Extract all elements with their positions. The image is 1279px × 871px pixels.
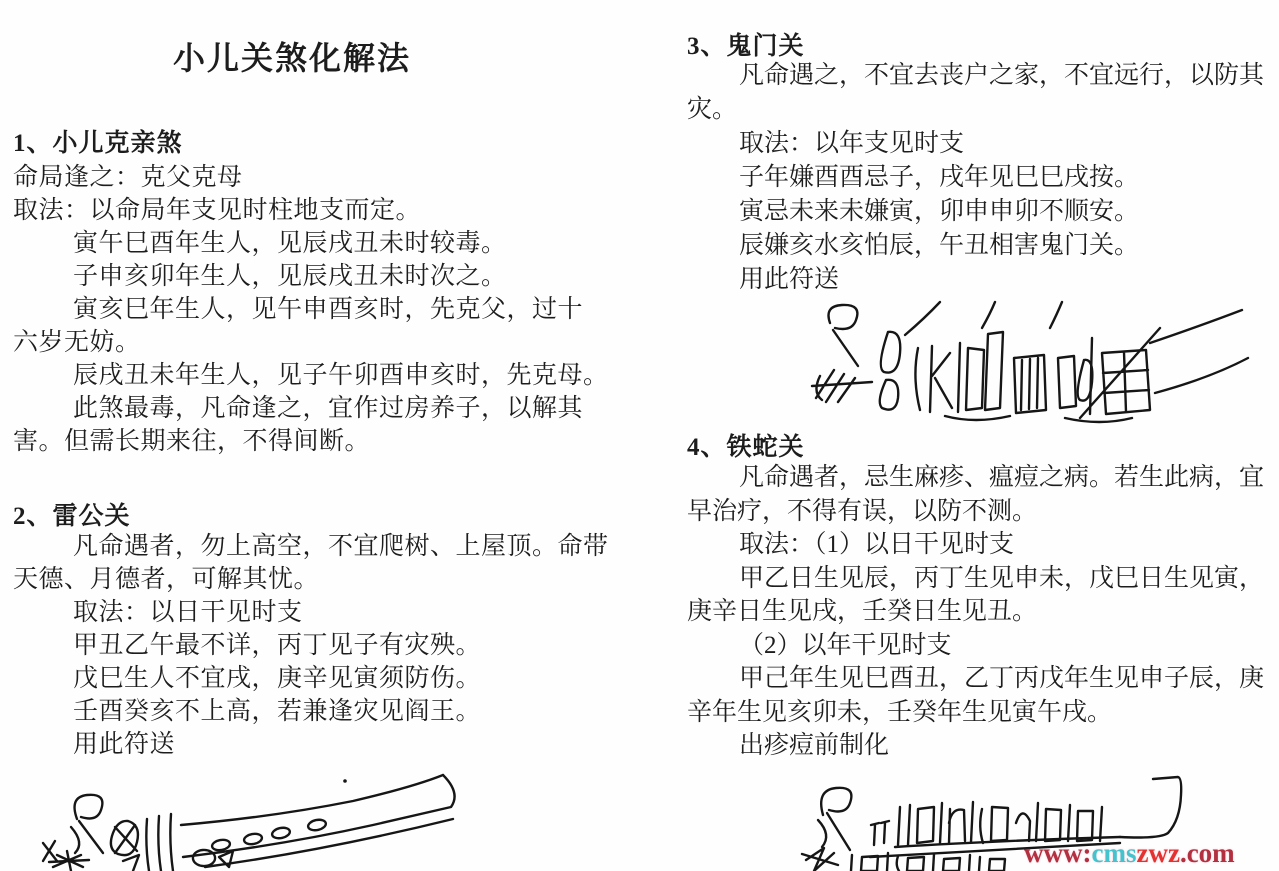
text-line: 天德、月德者，可解其忧。 <box>13 563 625 596</box>
text-line: 灾。 <box>687 93 1279 127</box>
text-line: 六岁无妨。 <box>13 326 625 359</box>
section-heading-1: 1、小儿克亲煞 <box>13 123 183 159</box>
text-line: （2）以年干见时支 <box>687 629 1279 663</box>
section-1-body: 命局逢之：克父克母 取法：以命局年支见时柱地支而定。 寅午巳酉年生人，见辰戌丑未… <box>13 161 625 458</box>
text-line: 甲乙日生见辰，丙丁生见申未，戊巳日生见寅， <box>687 562 1279 596</box>
section-heading-2: 2、雷公关 <box>13 496 131 532</box>
watermark: www:cmszwz.com <box>1024 838 1235 869</box>
text-line: 取法：以日干见时支 <box>13 596 625 629</box>
text-line: 取法：以年支见时支 <box>687 127 1279 161</box>
text-line: 出疹痘前制化 <box>687 729 1279 763</box>
text-line: 子年嫌酉酉忌子，戌年见巳巳戌按。 <box>687 161 1279 195</box>
text-line: 取法：（1）以日干见时支 <box>687 528 1279 562</box>
text-line: 辛年生见亥卯未，壬癸年生见寅午戌。 <box>687 696 1279 730</box>
watermark-cms: cms <box>1092 838 1137 868</box>
section-heading-4: 4、铁蛇关 <box>687 427 805 463</box>
watermark-prefix: www: <box>1024 838 1092 868</box>
text-line: 壬酉癸亥不上高，若兼逢灾见阎王。 <box>13 695 625 728</box>
text-line: 甲丑乙午最不详，丙丁见子有灾殃。 <box>13 629 625 662</box>
text-line: 命局逢之：克父克母 <box>13 161 625 194</box>
scanned-document-page: 小儿关煞化解法 1、小儿克亲煞 命局逢之：克父克母 取法：以命局年支见时柱地支而… <box>0 0 1279 871</box>
text-line: 寅忌未来未嫌寅，卯申申卯不顺安。 <box>687 195 1279 229</box>
section-2-body: 凡命遇者，勿上高空，不宜爬树、上屋顶。命带 天德、月德者，可解其忧。 取法：以日… <box>13 530 625 761</box>
watermark-suffix: .com <box>1180 838 1235 868</box>
section-4-body: 凡命遇者，忌生麻疹、瘟痘之病。若生此病，宜 早治疗，不得有误，以防不测。 取法：… <box>687 461 1279 763</box>
watermark-zwz: zwz <box>1136 838 1179 868</box>
talisman-guimen-icon <box>810 298 1250 430</box>
text-line: 庚辛日生见戌，壬癸日生见丑。 <box>687 595 1279 629</box>
text-line: 辰戌丑未年生人，见子午卯酉申亥时，先克母。 <box>13 359 625 392</box>
text-line: 甲己年生见巳酉丑，乙丁丙戊年生见申子辰，庚 <box>687 662 1279 696</box>
text-line: 取法：以命局年支见时柱地支而定。 <box>13 194 625 227</box>
text-line: 子申亥卯年生人，见辰戌丑未时次之。 <box>13 260 625 293</box>
text-line: 寅亥巳年生人，见午申酉亥时，先克父，过十 <box>13 293 625 326</box>
text-line: 凡命遇之，不宜去丧户之家，不宜远行，以防其 <box>687 59 1279 93</box>
text-line: 辰嫌亥水亥怕辰，午丑相害鬼门关。 <box>687 229 1279 263</box>
text-line: 寅午巳酉年生人，见辰戌丑未时较毒。 <box>13 227 625 260</box>
text-line: 戊巳生人不宜戌，庚辛见寅须防伤。 <box>13 662 625 695</box>
text-line: 用此符送 <box>13 728 625 761</box>
text-line: 害。但需长期来往，不得间断。 <box>13 425 625 458</box>
text-line: 此煞最毒，凡命逢之，宜作过房养子，以解其 <box>13 392 625 425</box>
page-title: 小儿关煞化解法 <box>13 33 571 79</box>
talisman-leigong-icon <box>33 763 469 871</box>
text-line: 凡命遇者，勿上高空，不宜爬树、上屋顶。命带 <box>13 530 625 563</box>
text-line: 凡命遇者，忌生麻疹、瘟痘之病。若生此病，宜 <box>687 461 1279 495</box>
section-3-body: 凡命遇之，不宜去丧户之家，不宜远行，以防其 灾。 取法：以年支见时支 子年嫌酉酉… <box>687 59 1279 297</box>
section-heading-3: 3、鬼门关 <box>687 26 805 62</box>
text-line: 早治疗，不得有误，以防不测。 <box>687 495 1279 529</box>
text-line: 用此符送 <box>687 263 1279 297</box>
